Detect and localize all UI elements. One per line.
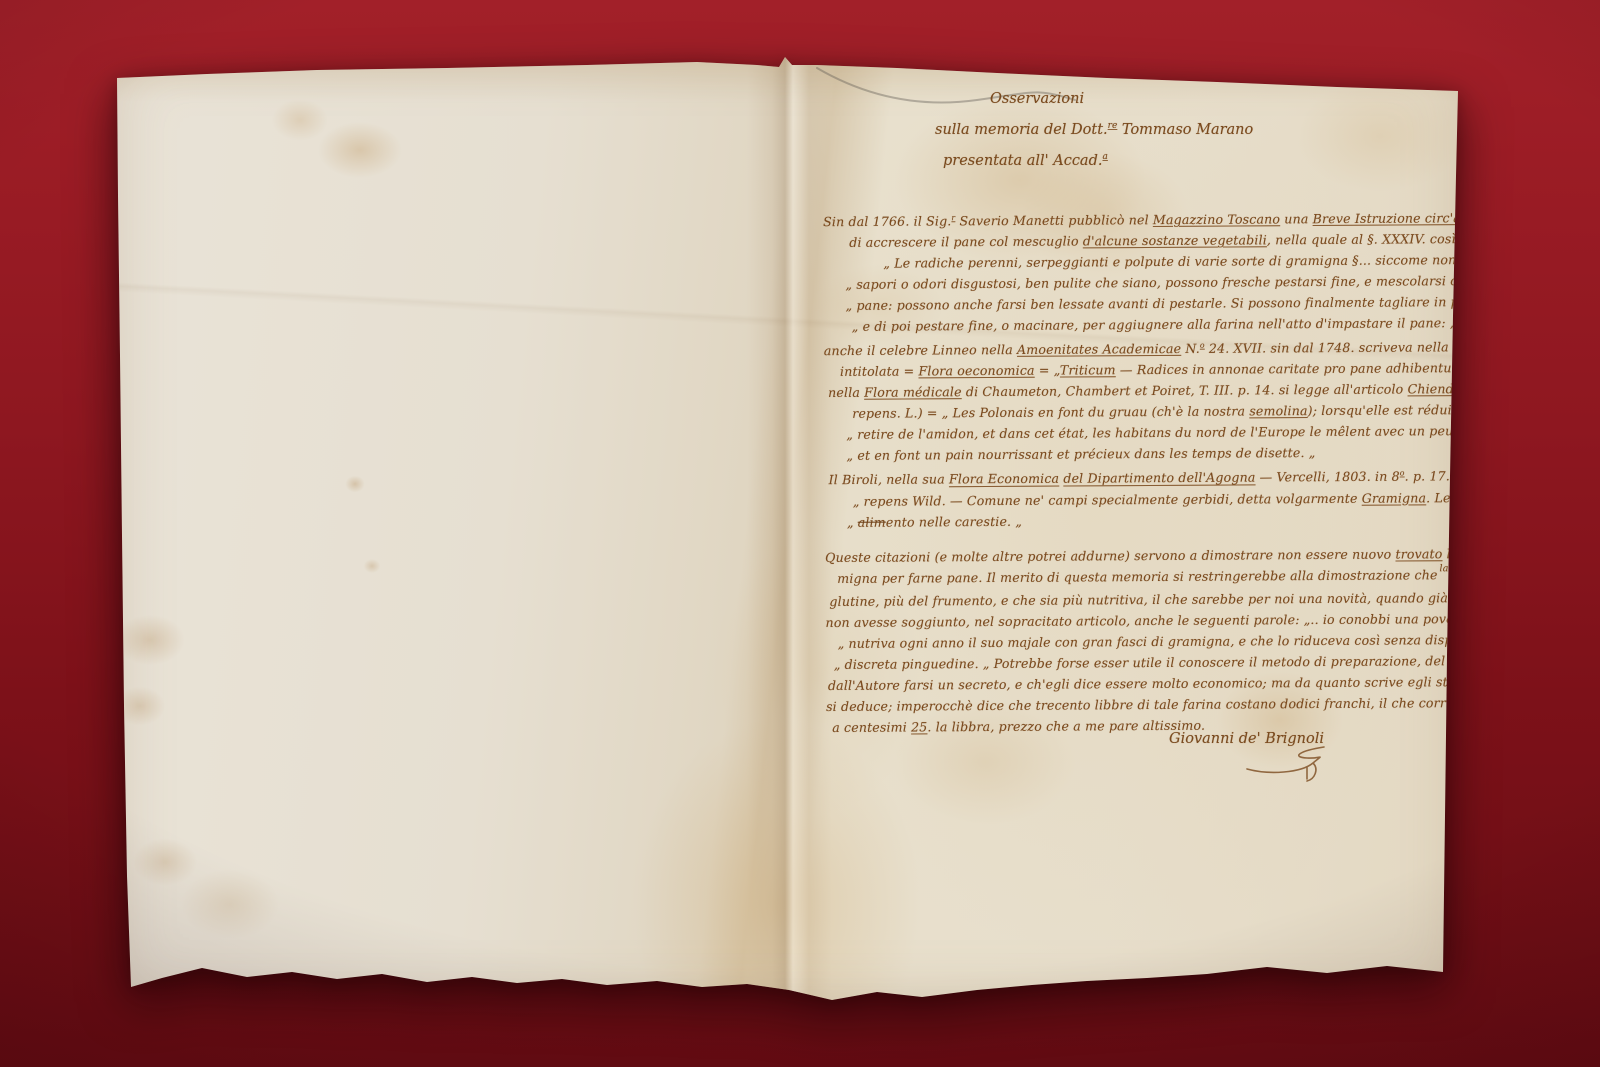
text-segment: si deduce; imperocchè dice che trecento … (826, 694, 1497, 713)
signature-flourish (1229, 745, 1359, 787)
signature: Giovanni de' Brignoli (1169, 731, 1324, 747)
manuscript-line: „ alimento nelle carestie. „ (847, 508, 1465, 533)
text-segment: Chiendent (1407, 381, 1474, 396)
heading-line: sulla memoria del Dott.re Tommaso Marano (935, 113, 1355, 144)
text-segment: „ repens Wild. — Comune ne' campi specia… (853, 490, 1362, 508)
inserted-text: la gramigna (1439, 557, 1499, 578)
text-segment: . Le radici servono di buon (1426, 489, 1600, 505)
text-segment: 25 (911, 719, 927, 734)
text-segment: „ (847, 514, 858, 529)
text-segment: presentata all' Accad. (943, 153, 1102, 169)
text-segment: glutine, più del frumento, e che sia più… (829, 589, 1500, 608)
text-segment: Osservazioni (990, 91, 1084, 107)
manuscript-line: „ retire de l'amidon, et dans cet état, … (846, 420, 1464, 445)
text-segment: Tommaso Marano (1117, 122, 1253, 138)
text-segment: a (1102, 152, 1107, 162)
text-segment: dall'Autore farsi un secreto, e ch'egli … (828, 673, 1528, 692)
text-segment: , nella quale al §. XXXIV. così si espri… (1267, 231, 1532, 248)
text-segment: Triticum (1477, 468, 1533, 483)
text-segment: re (1108, 121, 1118, 131)
manuscript-line: „ repens Wild. — Comune ne' campi specia… (853, 487, 1465, 512)
text-segment: intitolata = (840, 364, 919, 379)
text-segment: di Chaumeton, Chambert et Poiret, T. III… (962, 382, 1408, 400)
text-segment: l'uso della gra= (1442, 545, 1550, 561)
text-segment: Flora oeconomica (918, 363, 1034, 379)
text-segment: d'alcune sostanze vegetabili (1083, 232, 1267, 248)
text-segment: . p. 17. — „ (1405, 469, 1478, 484)
text-segment: Amoenitates Academicae (1017, 341, 1181, 357)
text-segment: „ pane: possono anche farsi ben lessate … (846, 294, 1560, 313)
text-segment: — Radices in annonae caritate pro pane a… (1116, 360, 1473, 377)
text-segment: „ et en font un pain nourrissant et préc… (846, 445, 1315, 463)
heading-line: presentata all' Accad.a (943, 144, 1355, 175)
text-segment: anche il celebre Linneo nella (824, 342, 1017, 358)
text-segment: = „ (1035, 363, 1060, 378)
text-segment: Triticum (1060, 363, 1116, 378)
manuscript-heading: Osservazionisulla memoria del Dott.re To… (935, 86, 1355, 175)
text-segment: repens. L.) = „ Les Polonais en font du … (852, 404, 1249, 421)
manuscript-body: Sin dal 1766. il Sig.r Saverio Manetti p… (823, 204, 1466, 737)
text-segment: „ e di poi pestare fine, o macinare, per… (852, 315, 1463, 334)
text-segment: Queste citazioni (e molte altre potrei a… (825, 546, 1395, 564)
text-segment: N. (1181, 341, 1200, 356)
text-segment: Saverio Manetti pubblicò nel (955, 212, 1153, 228)
text-segment: di accrescere il pane col mescuglio (849, 234, 1083, 250)
text-segment: a centesimi (832, 719, 911, 734)
text-segment: trovato (1395, 546, 1442, 561)
text-segment: ento nelle carestie. „ (886, 513, 1022, 529)
text-segment: Flora Economica (949, 471, 1059, 487)
manuscript-line: si deduce; imperocchè dice che trecento … (826, 692, 1466, 717)
heading-line: Osservazioni (990, 86, 1355, 113)
manuscript-line: Il Biroli, nella sua Flora Economica del… (829, 462, 1465, 490)
text-segment: „ Le radiche perenni, serpeggianti e pol… (883, 252, 1500, 271)
text-segment: — Vercelli, 1803. in 8 (1255, 469, 1399, 485)
text-segment: ); lorsqu'elle est réduite en poudre, on… (1308, 402, 1580, 419)
text-segment: „ discreta pinguedine. „ Potrebbe forse … (834, 652, 1538, 671)
manuscript-line: migna per farne pane. Il merito di quest… (837, 564, 1465, 591)
signature-block: Giovanni de' Brignoli (1169, 728, 1359, 787)
text-segment: „ retire de l'amidon, et dans cet état, … (846, 423, 1527, 442)
text-segment: Gramigna (1362, 490, 1427, 505)
text-segment: contenga molto (1501, 566, 1600, 582)
text-segment: alim (858, 514, 886, 529)
text-segment: sulla memoria del Dott. (935, 122, 1108, 138)
text-segment: Il Biroli, nella sua (829, 472, 949, 488)
text-segment: 24. XVII. sin dal 1748. scriveva nella D… (1205, 339, 1542, 356)
photo-backdrop: Osservazionisulla memoria del Dott.re To… (0, 0, 1600, 1067)
text-segment: „ nutriva ogni anno il suo majale con gr… (838, 631, 1537, 650)
text-segment: Sin dal 1766. il Sig. (823, 213, 951, 229)
manuscript-sheet: Osservazionisulla memoria del Dott.re To… (117, 56, 1460, 1000)
text-segment: Flora médicale (864, 385, 962, 401)
text-segment: migna per farne pane. Il merito di quest… (837, 567, 1437, 586)
manuscript-line: a centesimi 25. la libbra, prezzo che a … (832, 713, 1466, 738)
text-segment: Magazzino Toscano (1153, 211, 1280, 227)
text-segment: nella (828, 385, 864, 400)
text-segment: una (1280, 211, 1313, 226)
text-segment: del Dipartimento dell'Agogna (1063, 470, 1255, 486)
text-segment: non avesse soggiunto, nel sopracitato ar… (825, 610, 1543, 629)
paper-surface: Osservazionisulla memoria del Dott.re To… (117, 56, 1460, 1000)
text-segment: . la libbra, prezzo che a me pare altiss… (927, 717, 1205, 734)
text-segment: Breve Istruzione circ'ai modi (1313, 210, 1502, 226)
text-segment: semolina (1249, 403, 1307, 418)
text-segment: „ sapori o odori disgustosi, ben pulite … (845, 273, 1544, 292)
text-segment: (Triticum (1475, 381, 1540, 396)
